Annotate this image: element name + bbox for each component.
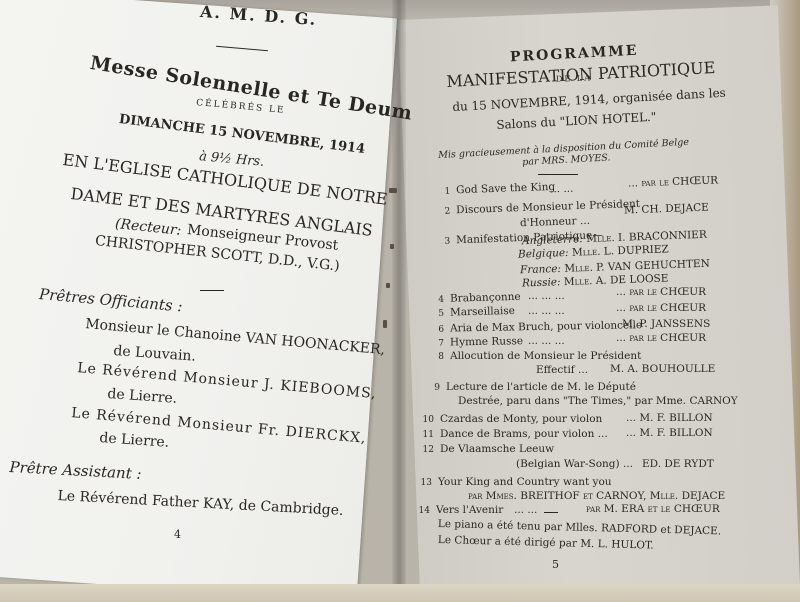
- programme-item-12: 12De Vlaamsche Leeuw: [420, 443, 554, 455]
- item-number: 14: [416, 506, 430, 516]
- item-title: De Vlaamsche Leeuw: [440, 443, 554, 455]
- item-number: 10: [420, 415, 434, 425]
- item-performer: ... M. F. BILLON: [626, 427, 713, 439]
- item-performer: par M. ERA et le CHŒUR: [586, 503, 720, 515]
- item-dots: ... ... ...: [528, 305, 565, 317]
- item-performer: M. P. JANSSENS: [622, 318, 710, 330]
- programme-item-14: 14Vers l'Avenir: [416, 504, 503, 516]
- programme-item-1: 1God Save the King: [436, 181, 555, 197]
- item-number: 11: [420, 430, 434, 440]
- item-title: Hymne Russe: [450, 335, 523, 348]
- item-title: Dance de Brams, pour violon ...: [440, 428, 608, 440]
- item-title: Vers l'Avenir: [436, 504, 503, 516]
- item-number: 8: [430, 352, 444, 362]
- programme-item-4: 4Brabançonne: [430, 291, 521, 305]
- left-page: A. M. D. G. Messe Solennelle et Te Deum …: [0, 0, 400, 602]
- item-dots: ... ...: [550, 183, 574, 196]
- country: Belgique:: [518, 247, 569, 261]
- item-performer: M. CH. DEJACE: [624, 202, 709, 217]
- programme-item-5: 5Marseillaise: [430, 305, 515, 319]
- item-dots: ... ...: [514, 504, 537, 516]
- item-dots: ... ... ...: [528, 335, 565, 347]
- officiant-1-line-2: de Louvain.: [113, 343, 197, 365]
- programme-item-13: 13Your King and Country want you: [418, 476, 612, 488]
- item-title: Your King and Country want you: [438, 476, 612, 488]
- item-performer: ... par le CHŒUR: [616, 286, 706, 298]
- divider: [538, 174, 578, 175]
- item-number: 6: [430, 325, 444, 335]
- programme-item-7: 7Hymne Russe: [430, 335, 523, 349]
- officiant-3-line-2: de Lierre.: [99, 430, 170, 451]
- item-number: 12: [420, 445, 434, 455]
- item-number: 3: [436, 237, 450, 247]
- item-title: Brabançonne: [450, 291, 521, 305]
- page-number-right: 5: [552, 558, 559, 571]
- divider: [200, 290, 224, 291]
- item-performer: M. A. BOUHOULLE: [610, 363, 715, 375]
- item-number: 9: [426, 383, 440, 393]
- programme-item-2: 2Discours de Monsieur le Président: [436, 198, 640, 217]
- amdg-heading: A. M. D. G.: [199, 2, 318, 29]
- item-performer: ... M. F. BILLON: [626, 412, 713, 424]
- programme-item-11: 11Dance de Brams, pour violon ...: [420, 428, 608, 440]
- item-title: God Save the King: [456, 181, 555, 196]
- item-continuation: Destrée, paru dans "The Times," par Mme.…: [458, 395, 738, 407]
- item-number: 4: [430, 295, 444, 305]
- time-line: à 9½ Hrs.: [198, 149, 264, 170]
- item-continuation: (Belgian War-Song) ...: [516, 458, 633, 470]
- item-title: Discours de Monsieur le Président: [456, 198, 640, 216]
- programme-item-10: 10Czardas de Monty, pour violon: [420, 413, 602, 425]
- item-dots: ... ... ...: [528, 290, 565, 302]
- item-title: Czardas de Monty, pour violon: [440, 413, 602, 425]
- subtitle-line-2: Salons du "LION HOTEL.": [496, 110, 657, 132]
- assistant-line: Le Révérend Father KAY, de Cambridge.: [57, 488, 344, 519]
- programme-item-9: 9Lecture de l'article de M. le Député: [426, 381, 636, 393]
- item-number: 5: [430, 309, 444, 319]
- officiant-2-line-2: de Lierre.: [107, 386, 178, 407]
- item-performer: ED. DE RYDT: [642, 458, 714, 470]
- country: France:: [520, 263, 561, 276]
- performer: Mlle. P. VAN GEHUCHTEN: [564, 258, 710, 275]
- item-number: 13: [418, 478, 432, 488]
- subtitle-line-1: du 15 NOVEMBRE, 1914, organisée dans les: [452, 86, 726, 114]
- performer: Mlle. L. DUPRIEZ: [572, 243, 669, 258]
- divider: [216, 46, 268, 52]
- performer: Mlle. I. BRACONNIER: [586, 229, 707, 245]
- item-performer: ... par le CHŒUR: [628, 174, 718, 189]
- item-number: 2: [436, 207, 450, 217]
- item-number: 1: [436, 187, 450, 197]
- right-page: PROGRAMME DE LA MANIFESTATION PATRIOTIQU…: [410, 0, 780, 602]
- item-number: 7: [430, 339, 444, 349]
- programme-item-6: 6Aria de Max Bruch, pour violoncelle: [430, 319, 642, 335]
- programme-item-8: 8Allocution de Monsieur le Président: [430, 350, 641, 362]
- footer-line-2: Le Chœur a été dirigé par M. L. HULOT.: [438, 534, 654, 552]
- item-performer: ... par le CHŒUR: [616, 302, 706, 314]
- item-continuation: d'Honneur ...: [520, 215, 590, 229]
- assistant-heading: Prêtre Assistant :: [9, 458, 142, 483]
- item-title: Marseillaise: [450, 305, 515, 319]
- item-title: Lecture de l'article de M. le Député: [446, 381, 636, 393]
- divider: [544, 512, 558, 513]
- item-title: Aria de Max Bruch, pour violoncelle: [450, 319, 642, 334]
- item-continuation: par Mmes. BREITHOF et CARNOY, Mlle. DEJA…: [468, 490, 725, 502]
- item-continuation: Effectif ...: [536, 364, 588, 376]
- officiants-heading: Prêtres Officiants :: [38, 285, 183, 315]
- item-performer: ... par le CHŒUR: [616, 332, 706, 344]
- page-number-left: 4: [174, 528, 181, 541]
- country: Russie:: [522, 276, 561, 289]
- item-title: Allocution de Monsieur le Président: [450, 350, 641, 362]
- date-line: DIMANCHE 15 NOVEMBRE, 1914: [118, 112, 366, 157]
- country: Angleterre:: [522, 233, 583, 247]
- manifestation-title: MANIFESTATION PATRIOTIQUE: [446, 58, 716, 91]
